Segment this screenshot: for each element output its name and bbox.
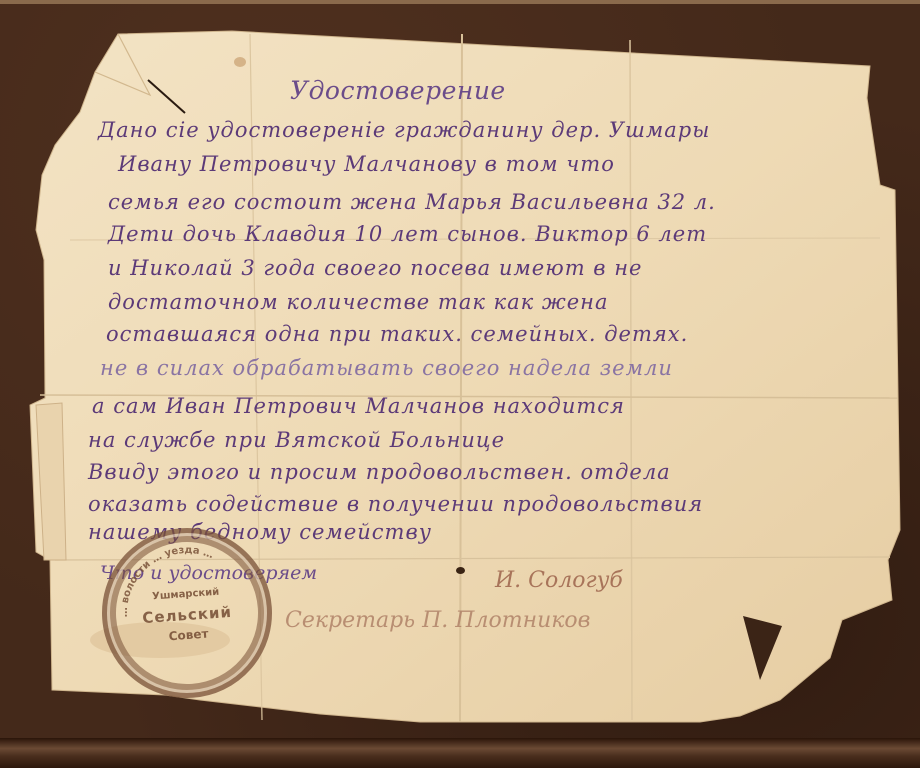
- body-line: не в силах обрабатывать своего надела зе…: [100, 356, 673, 380]
- body-line: оказать содействие в получении продоволь…: [88, 492, 703, 516]
- body-line: Дано сiе удостоверенiе гражданину дер. У…: [98, 118, 710, 142]
- body-line: Дети дочь Клавдия 10 лет сынов. Виктор 6…: [108, 222, 707, 246]
- chairman-signature: И. Сологуб: [495, 568, 623, 593]
- body-line: Ввиду этого и просим продовольствен. отд…: [88, 460, 671, 484]
- official-stamp: … волости … уезда … Ушмарский Сельский С…: [96, 522, 277, 703]
- body-line: оставшаяся одна при таких. семейных. дет…: [106, 322, 688, 346]
- body-line: достаточном количестве так как жена: [108, 290, 608, 314]
- document-title: Удостоверение: [290, 76, 506, 105]
- body-line: на службе при Вятской Больнице: [88, 428, 505, 452]
- secretary-signature: Секретарь П. Плотников: [285, 608, 590, 633]
- paper-hole: [456, 567, 465, 574]
- document-paper: Удостоверение Дано сiе удостоверенiе гра…: [0, 0, 920, 768]
- body-line: Ивану Петровичу Малчанову в том что: [118, 152, 615, 176]
- body-line: и Николай 3 года своего посева имеют в н…: [108, 256, 642, 280]
- body-line: а сам Иван Петрович Малчанов находится: [92, 394, 625, 418]
- stamp-center: Ушмарский Сельский Совет: [105, 579, 269, 650]
- body-line: семья его состоит жена Марья Васильевна …: [108, 190, 716, 214]
